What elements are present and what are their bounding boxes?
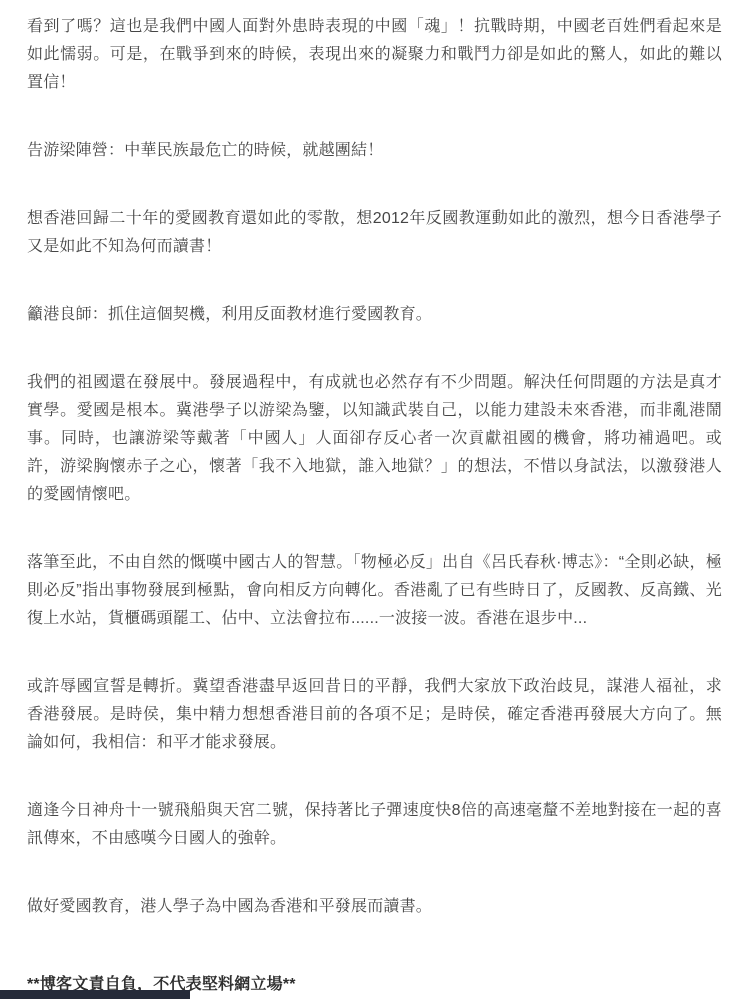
article-paragraph: 告游梁陣營：中華民族最危亡的時候，就越團結！ xyxy=(27,137,722,165)
footer-dark-bar xyxy=(0,990,190,999)
article-body: 看到了嗎？這也是我們中國人面對外患時表現的中國「魂」！抗戰時期，中國老百姓們看起… xyxy=(0,0,749,999)
article-paragraph: 適逢今日神舟十一號飛船與天宮二號，保持著比子彈速度快8倍的高速毫釐不差地對接在一… xyxy=(27,797,722,853)
article-paragraph: 籲港良師：抓住這個契機，利用反面教材進行愛國教育。 xyxy=(27,301,722,329)
article-paragraph: 我們的祖國還在發展中。發展過程中，有成就也必然存有不少問題。解決任何問題的方法是… xyxy=(27,369,722,509)
article-paragraph: 看到了嗎？這也是我們中國人面對外患時表現的中國「魂」！抗戰時期，中國老百姓們看起… xyxy=(27,13,722,97)
article-paragraph: 落筆至此，不由自然的慨嘆中國古人的智慧。「物極必反」出自《呂氏春秋·博志》：“全… xyxy=(27,549,722,633)
article-paragraph: 做好愛國教育，港人學子為中國為香港和平發展而讀書。 xyxy=(27,893,722,921)
article-paragraph: 或許辱國宣誓是轉折。冀望香港盡早返回昔日的平靜，我們大家放下政治歧見，謀港人福祉… xyxy=(27,673,722,757)
article-paragraph: 想香港回歸二十年的愛國教育還如此的零散，想2012年反國教運動如此的激烈，想今日… xyxy=(27,205,722,261)
